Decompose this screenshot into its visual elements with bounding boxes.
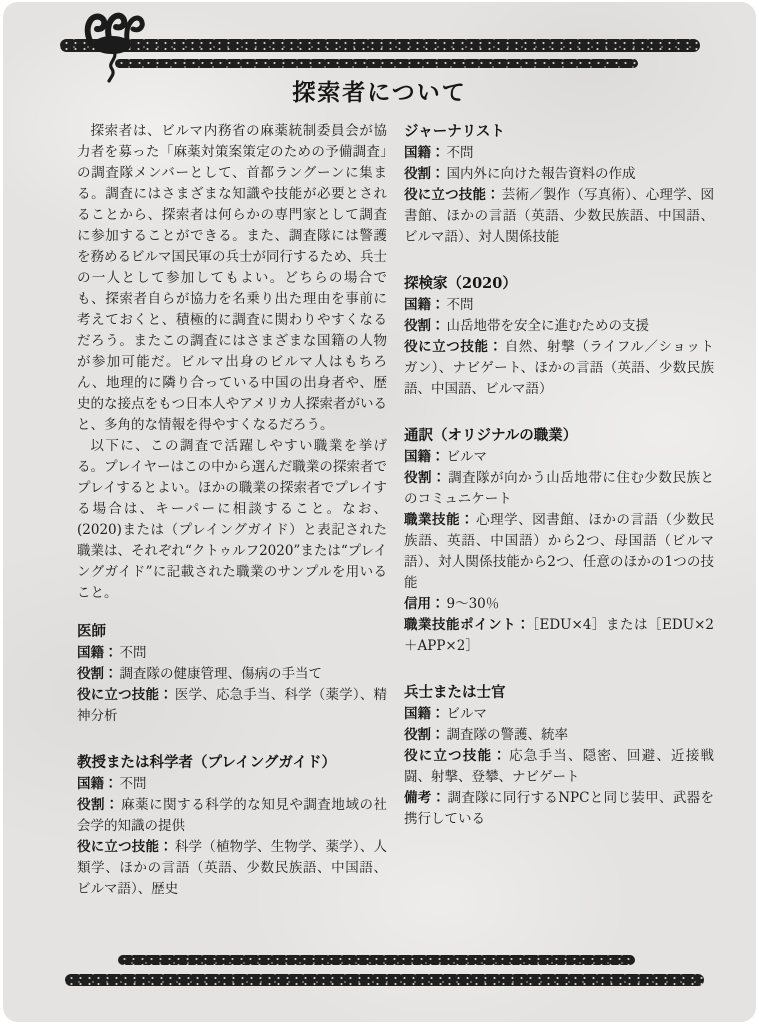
field-label: 役に立つ技能： xyxy=(77,839,173,855)
field-label: 国籍： xyxy=(404,449,445,465)
page-title: 探索者について xyxy=(3,74,756,107)
field-label: 備考： xyxy=(404,790,446,806)
field-value: 9～30％ xyxy=(447,596,500,612)
job-field: 備考：調査隊に同行するNPCと同じ装甲、武器を携行している xyxy=(404,788,714,830)
field-label: 役に立つ技能： xyxy=(404,339,503,355)
job-field: 役割：調査隊の健康管理、傷病の手当て xyxy=(77,664,387,685)
field-label: 役に立つ技能： xyxy=(77,687,173,703)
job-field: 役に立つ技能：医学、応急手当、科学（薬学）、精神分析 xyxy=(77,685,387,727)
job-section-journalist: ジャーナリスト 国籍：不問 役割：国内外に向けた報告資料の作成 役に立つ技能：芸… xyxy=(404,121,714,248)
field-value: 調査隊に同行するNPCと同じ装甲、武器を携行している xyxy=(404,790,714,827)
job-field: 役割：山岳地帯を安全に進むための支援 xyxy=(404,316,714,337)
field-value: 麻薬に関する科学的な知見や調査地域の社会学的知識の提供 xyxy=(77,797,387,834)
paper-background: 探索者について 探索者は、ビルマ内務省の麻薬統制委員会が協力者を募った「麻薬対策… xyxy=(3,2,756,1022)
job-title: 通訳（オリジナルの職業） xyxy=(404,425,714,446)
job-field: 役割：調査隊が向かう山岳地帯に住む少数民族とのコミュニケート xyxy=(404,468,714,510)
field-value: 不問 xyxy=(120,776,147,792)
job-title: 教授または科学者（プレイングガイド） xyxy=(77,752,387,773)
field-label: 役割： xyxy=(404,166,445,182)
bottom-divider-bar-primary xyxy=(65,974,704,986)
field-label: 国籍： xyxy=(77,645,118,661)
job-section-professor: 教授または科学者（プレイングガイド） 国籍：不問 役割：麻薬に関する科学的な知見… xyxy=(77,752,387,900)
field-label: 役割： xyxy=(404,470,446,486)
field-label: 職業技能ポイント： xyxy=(404,617,530,633)
field-value: 不問 xyxy=(447,145,474,161)
job-field: 役に立つ技能：応急手当、隠密、回避、近接戦闘、射撃、登攀、ナビゲート xyxy=(404,746,714,788)
field-value: 国内外に向けた報告資料の作成 xyxy=(447,166,636,182)
job-field: 役に立つ技能：自然、射撃（ライフル／ショットガン）、ナビゲート、ほかの言語（英語… xyxy=(404,337,714,400)
field-value: 調査隊が向かう山岳地帯に住む少数民族とのコミュニケート xyxy=(404,470,714,507)
bottom-divider-bar-secondary xyxy=(118,955,635,965)
job-field: 役割：国内外に向けた報告資料の作成 xyxy=(404,164,714,185)
page-body: 探索者は、ビルマ内務省の麻薬統制委員会が協力者を募った「麻薬対策案策定のための予… xyxy=(77,121,714,900)
field-value: 不問 xyxy=(447,297,474,313)
top-divider-bar-primary xyxy=(60,39,700,52)
job-field: 役割：調査隊の警護、統率 xyxy=(404,725,714,746)
field-label: 役に立つ技能： xyxy=(404,187,500,203)
field-label: 国籍： xyxy=(404,297,445,313)
field-label: 国籍： xyxy=(404,145,445,161)
job-field: 役割：麻薬に関する科学的な知見や調査地域の社会学的知識の提供 xyxy=(77,795,387,837)
job-field: 国籍：ビルマ xyxy=(404,447,714,468)
job-field: 役に立つ技能：芸術／製作（写真術）、心理学、図書館、ほかの言語（英語、少数民族語… xyxy=(404,185,714,248)
top-divider-bar-secondary xyxy=(115,59,638,68)
job-field: 役に立つ技能：科学（植物学、生物学、薬学）、人類学、ほかの言語（英語、少数民族語… xyxy=(77,837,387,900)
job-title: 探検家（2020） xyxy=(404,273,714,294)
job-field: 国籍：不問 xyxy=(77,643,387,664)
scanned-page: { "header": { "title": "探索者について" }, "int… xyxy=(0,0,759,1024)
intro-paragraph: 探索者は、ビルマ内務省の麻薬統制委員会が協力者を募った「麻薬対策案策定のための予… xyxy=(77,121,387,436)
job-field: 職業技能ポイント：［EDU×4］または［EDU×2＋APP×2］ xyxy=(404,615,714,657)
job-title: ジャーナリスト xyxy=(404,121,714,142)
job-section-interpreter: 通訳（オリジナルの職業） 国籍：ビルマ 役割：調査隊が向かう山岳地帯に住む少数民… xyxy=(404,425,714,657)
field-label: 信用： xyxy=(404,596,445,612)
field-value: ビルマ xyxy=(447,706,488,722)
job-field: 国籍：不問 xyxy=(404,143,714,164)
job-field: 職業技能：心理学、図書館、ほかの言語（少数民族語、英語、中国語）から2つ、母国語… xyxy=(404,510,714,594)
field-label: 役割： xyxy=(404,727,445,743)
field-value: 山岳地帯を安全に進むための支援 xyxy=(447,318,650,334)
field-label: 役割： xyxy=(77,797,119,813)
field-label: 職業技能： xyxy=(404,512,474,528)
right-column: ジャーナリスト 国籍：不問 役割：国内外に向けた報告資料の作成 役に立つ技能：芸… xyxy=(404,121,714,900)
job-title: 医師 xyxy=(77,621,387,642)
job-section-explorer: 探検家（2020） 国籍：不問 役割：山岳地帯を安全に進むための支援 役に立つ技… xyxy=(404,273,714,400)
field-label: 役割： xyxy=(404,318,445,334)
job-field: 国籍：不問 xyxy=(77,774,387,795)
job-field: 信用：9～30％ xyxy=(404,594,714,615)
job-field: 国籍：不問 xyxy=(404,295,714,316)
field-value: 調査隊の警護、統率 xyxy=(447,727,569,743)
job-section-doctor: 医師 国籍：不問 役割：調査隊の健康管理、傷病の手当て 役に立つ技能：医学、応急… xyxy=(77,621,387,727)
field-label: 役に立つ技能： xyxy=(404,748,507,764)
field-label: 国籍： xyxy=(77,776,118,792)
field-value: 不問 xyxy=(120,645,147,661)
field-label: 国籍： xyxy=(404,706,445,722)
field-value: 調査隊の健康管理、傷病の手当て xyxy=(120,666,323,682)
intro-paragraph: 以下に、この調査で活躍しやすい職業を挙げる。プレイヤーはこの中から選んだ職業の探… xyxy=(77,436,387,604)
job-field: 国籍：ビルマ xyxy=(404,704,714,725)
left-column: 探索者は、ビルマ内務省の麻薬統制委員会が協力者を募った「麻薬対策案策定のための予… xyxy=(77,121,387,900)
job-title: 兵士または士官 xyxy=(404,682,714,703)
job-section-soldier: 兵士または士官 国籍：ビルマ 役割：調査隊の警護、統率 役に立つ技能：応急手当、… xyxy=(404,682,714,830)
field-value: ビルマ xyxy=(447,449,488,465)
field-label: 役割： xyxy=(77,666,118,682)
